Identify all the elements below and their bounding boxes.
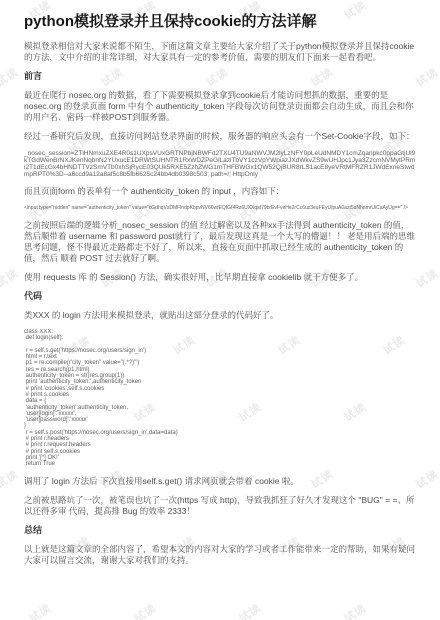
article-page: python模拟登录并且保持cookie的方法详解 模拟登录相信对大家来说都不陌… (0, 0, 440, 566)
watermark-text: 试读 (236, 600, 265, 620)
paragraph-backend-logic: 之前按照后端的逻辑分析_nosec_session 的值 经过解密以及各种xx手… (24, 220, 416, 264)
watermark-text: 试读 (341, 600, 370, 620)
code-block-session-cookie: _nosec_session=ZTlHNmxuZXE4R0s1UXpsVUxGR… (24, 150, 416, 178)
page-title: python模拟登录并且保持cookie的方法详解 (24, 12, 416, 31)
section-heading-code: 代码 (24, 291, 416, 302)
paragraph-after-login: 调用了 login 方法后 下次直接用self.s.get() 请求网页就会带着… (24, 476, 416, 487)
lead-paragraph: 模拟登录相信对大家来说都不陌生，下面这篇文章主要给大家介绍了关于python模拟… (24, 41, 416, 63)
paragraph-summary: 以上就是这篇文章的全部内容了，希望本文的内容对大家的学习或者工作能带来一定的帮助… (24, 544, 416, 566)
section-heading-preface: 前言 (24, 71, 416, 82)
paragraph-code-intro: 类XXX 的 login 方法用来模拟登录，就贴出这部分登录的代码好了。 (24, 310, 416, 321)
watermark-text: 试读 (131, 600, 160, 620)
code-block-hidden-input: <input type="hidden" name="authenticity_… (24, 205, 416, 212)
paragraph-form-input: 而且页面form 的表单有一个 authenticity_token 的 inp… (24, 186, 416, 197)
section-heading-summary: 总结 (24, 525, 416, 536)
paragraph-bug-story: 之前被思路坑了一次，被笔误也坑了一次(https 写成 http)，导致我抓狂了… (24, 495, 416, 517)
paragraph-set-cookie: 经过一番研究后发现，直接访问网站登录界面的时候，服务器的响应头会有一个Set-C… (24, 131, 416, 142)
watermark-text: 试读 (26, 600, 55, 620)
paragraph-requests-session: 使用 requests 库 的 Session() 方法，确实很好用，比早期直接… (24, 272, 416, 283)
code-block-python-login: class XXX: def login(self): r = self.s.g… (24, 329, 416, 468)
paragraph-nosec-intro: 最近在爬行 nosec.org 的数据，看了下需要模拟登录拿到cookie后才能… (24, 90, 416, 123)
